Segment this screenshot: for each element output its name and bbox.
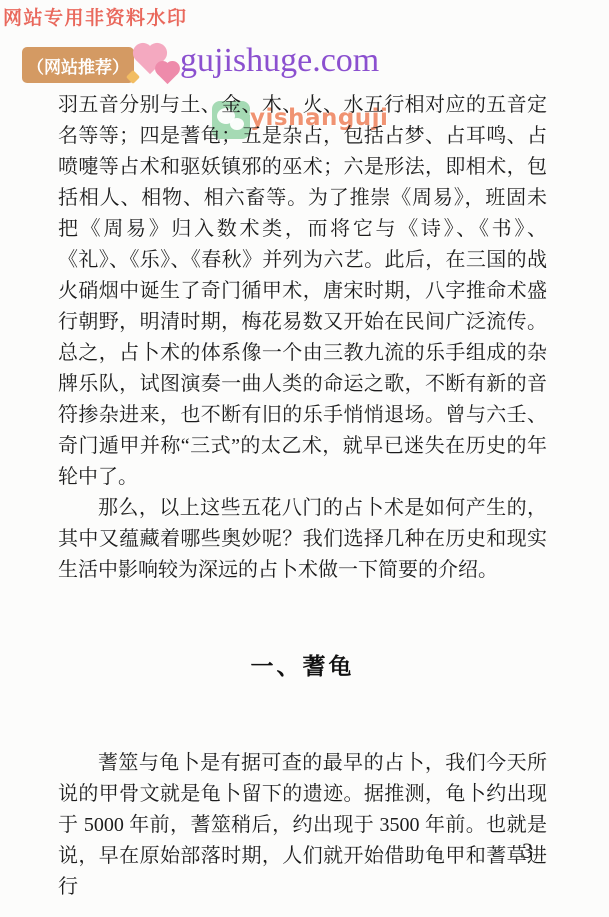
paragraph: 羽五音分别与土、金、木、火、水五行相对应的五音定名等等；四是蓍龟；五是杂占，包括…: [58, 90, 547, 493]
section-heading: 一、蓍龟: [58, 648, 547, 681]
heart-icon: [157, 63, 178, 84]
site-recommend-badge: （网站推荐）: [22, 47, 134, 83]
watermark-top-text: 网站专用非资料水印: [3, 3, 188, 30]
page-number: 3: [58, 838, 547, 864]
sparkle-icon: [126, 70, 140, 84]
paragraph: 蓍筮与龟卜是有据可查的最早的占卜，我们今天所说的甲骨文就是龟卜留下的遗迹。据推测…: [58, 748, 547, 903]
badge-label: （网站推荐）: [27, 53, 129, 78]
page-body: 羽五音分别与土、金、木、火、水五行相对应的五音定名等等；四是蓍龟；五是杂占，包括…: [58, 90, 547, 903]
site-url-watermark: gujishuge.com: [180, 42, 379, 80]
paragraph: 那么，以上这些五花八门的占卜术是如何产生的，其中又蕴藏着哪些奥妙呢？我们选择几种…: [58, 493, 547, 586]
scanned-book-page: 网站专用非资料水印 （网站推荐） gujishuge.com yishanguj…: [0, 0, 609, 917]
hearts-icon: [126, 40, 186, 92]
